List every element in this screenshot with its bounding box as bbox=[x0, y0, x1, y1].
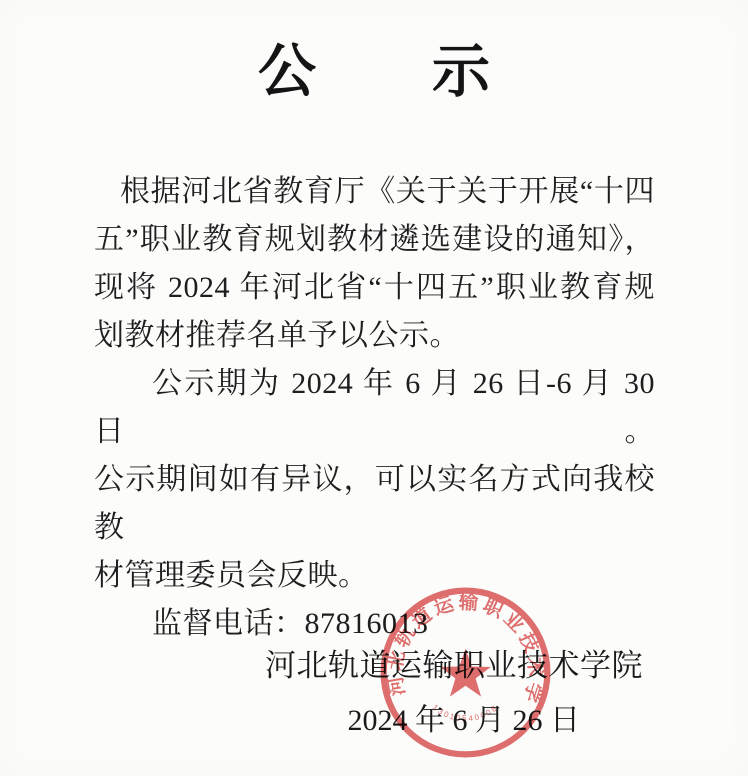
body-line: 公示期为 2024 年 6 月 26 日-6 月 30 日。 bbox=[94, 360, 655, 456]
body-line: 公示期间如有异议，可以实名方式向我校教 bbox=[94, 456, 655, 552]
body-line: 材管理委员会反映。 bbox=[94, 552, 655, 600]
signature-organization: 河北轨道运输职业技术学院 bbox=[0, 646, 748, 686]
page-title: 公 示 bbox=[0, 38, 748, 106]
body-line: 划教材推荐名单予以公示。 bbox=[94, 312, 655, 360]
notice-body: 根据河北省教育厅《关于关于开展“十四 五”职业教育规划教材遴选建设的通知》， 现… bbox=[94, 168, 655, 648]
supervision-phone-line: 监督电话：87816013 bbox=[94, 600, 655, 648]
notice-document: 公 示 根据河北省教育厅《关于关于开展“十四 五”职业教育规划教材遴选建设的通知… bbox=[0, 0, 748, 776]
signature-date: 2024 年 6 月 26 日 bbox=[0, 702, 748, 740]
signature-block: 河北轨道运输职业技术学院 2024 年 6 月 26 日 bbox=[0, 646, 748, 740]
body-line: 现将 2024 年河北省“十四五”职业教育规 bbox=[94, 264, 655, 312]
body-line: 根据河北省教育厅《关于关于开展“十四 bbox=[94, 168, 655, 216]
body-line: 五”职业教育规划教材遴选建设的通知》， bbox=[94, 216, 655, 264]
